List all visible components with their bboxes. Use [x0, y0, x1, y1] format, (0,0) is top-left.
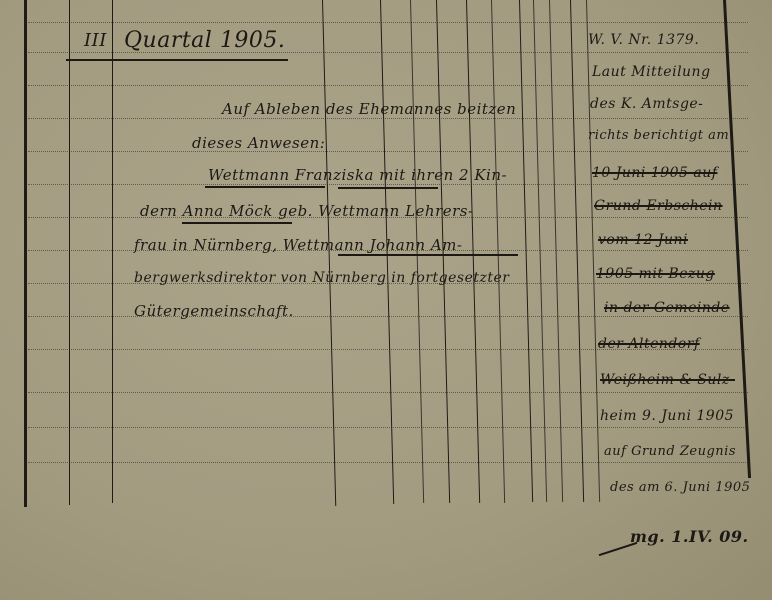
entry-line-7: Gütergemeinschaft.	[134, 302, 294, 320]
header-underline	[66, 59, 288, 61]
name-underline	[182, 222, 292, 224]
row-rule	[28, 118, 748, 119]
remark-line: Laut Mitteilung	[592, 64, 711, 80]
header-title: Quartal 1905.	[124, 28, 285, 53]
remark-line-struck: in der Gemeinde	[604, 300, 730, 316]
row-rule	[28, 85, 748, 86]
remark-line-struck: der Altendorf	[598, 336, 700, 352]
row-numeral: III	[84, 30, 107, 51]
row-rule	[28, 151, 748, 152]
row-rule	[28, 22, 748, 23]
remark-line-struck: Weißheim & Sulz-	[600, 372, 735, 388]
column-rule	[69, 0, 70, 505]
row-rule	[28, 462, 748, 463]
column-rule	[112, 0, 113, 503]
remark-line: richts berichtigt am	[588, 128, 729, 143]
remark-line-struck: Grund Erbschein	[594, 198, 723, 214]
right-column-rule	[723, 0, 751, 478]
left-margin-rule	[24, 0, 27, 507]
ledger-page: III Quartal 1905. Auf Ableben des Eheman…	[0, 0, 772, 600]
entry-line-5: frau in Nürnberg, Wettmann Johann Am-	[134, 236, 462, 254]
row-rule	[28, 184, 748, 185]
signature-stroke	[599, 542, 638, 556]
remark-line: heim 9. Juni 1905	[600, 408, 734, 424]
remark-line: W. V. Nr. 1379.	[588, 32, 699, 48]
remark-line: des K. Amtsge-	[590, 96, 703, 112]
entry-line-3: Wettmann Franziska mit ihren 2 Kin-	[208, 166, 507, 184]
remark-line-struck: 1905 mit Bezug	[596, 266, 715, 282]
remark-line-struck: 10 Juni 1905 auf	[592, 165, 717, 181]
name-underline	[205, 186, 325, 188]
entry-line-6: bergwerksdirektor von Nürnberg in fortge…	[134, 270, 509, 286]
entry-line-1: Auf Ableben des Ehemannes beitzen	[222, 100, 516, 118]
entry-line-4: dern Anna Möck geb. Wettmann Lehrers-	[140, 202, 474, 220]
name-underline	[338, 187, 438, 189]
remark-line-struck: vom 12 Juni	[598, 232, 688, 248]
name-underline	[338, 254, 518, 256]
signature: mg. 1.IV. 09.	[630, 527, 749, 546]
row-rule	[28, 427, 748, 428]
row-rule	[28, 392, 748, 393]
remark-line: auf Grund Zeugnis	[604, 444, 736, 459]
entry-line-2: dieses Anwesen:	[192, 134, 325, 152]
remark-line: des am 6. Juni 1905	[610, 480, 750, 495]
